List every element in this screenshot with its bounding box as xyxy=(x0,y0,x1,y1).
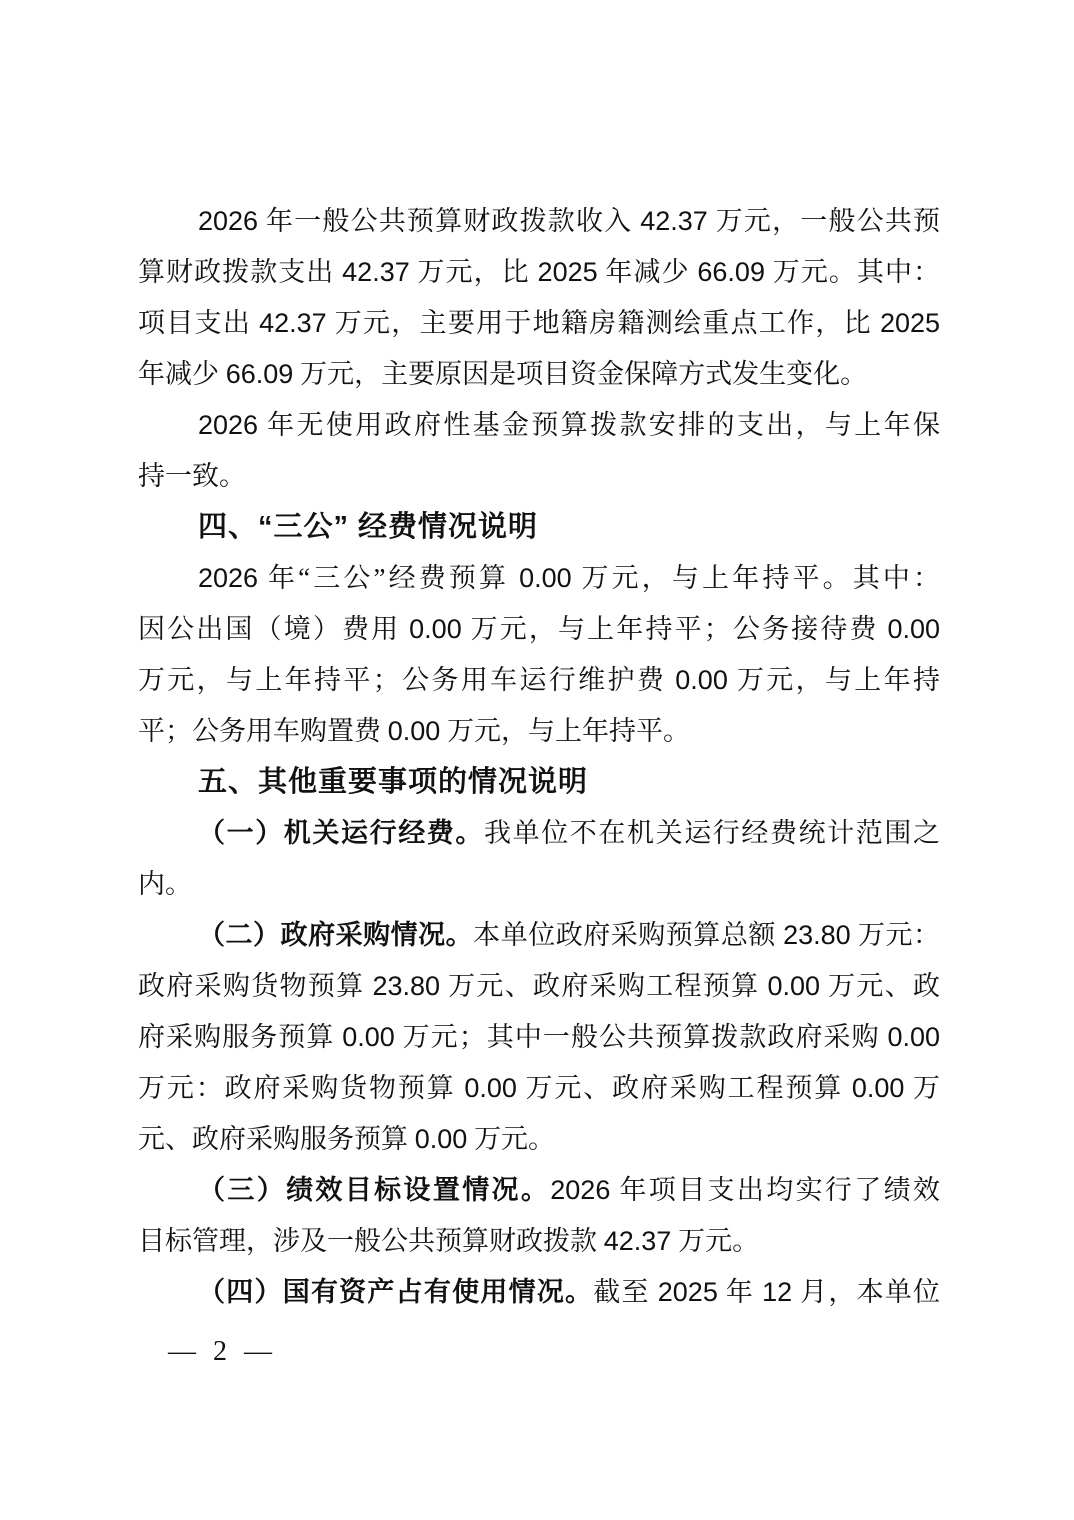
text-line: 项目支出 42.37 万元，主要用于地籍房籍测绘重点工作，比 2025 xyxy=(138,298,940,349)
numeric-text: 2025 xyxy=(658,1277,718,1307)
numeric-text: 42.37 xyxy=(604,1226,672,1256)
numeric-text: 42.37 xyxy=(342,257,410,287)
line-text: 项目支出 42.37 万元，主要用于地籍房籍测绘重点工作，比 2025 xyxy=(138,308,940,338)
paragraph-lead-label: （二）政府采购情况。 xyxy=(198,920,473,950)
text-line: 2026 年“三公”经费预算 0.00 万元，与上年持平。其中： xyxy=(138,553,940,604)
text-line: 算财政拨款支出 42.37 万元，比 2025 年减少 66.09 万元。其中： xyxy=(138,247,940,298)
text-line: （四）国有资产占有使用情况。截至 2025 年 12 月，本单位 xyxy=(138,1267,940,1318)
numeric-text: 23.80 xyxy=(783,920,851,950)
text-line: 万元：政府采购货物预算 0.00 万元、政府采购工程预算 0.00 万 xyxy=(138,1063,940,1114)
numeric-text: 0.00 xyxy=(519,563,572,593)
section-heading: 四、“三公” 经费情况说明 xyxy=(138,502,940,553)
paragraph-lead-label: （一）机关运行经费。 xyxy=(198,818,484,848)
text-line: 因公出国（境）费用 0.00 万元，与上年持平；公务接待费 0.00 xyxy=(138,604,940,655)
numeric-text: 0.00 xyxy=(415,1124,468,1154)
text-line: 持一致。 xyxy=(138,451,940,502)
text-line: 目标管理，涉及一般公共预算财政拨款 42.37 万元。 xyxy=(138,1216,940,1267)
numeric-text: 0.00 xyxy=(464,1073,517,1103)
text-line: （二）政府采购情况。本单位政府采购预算总额 23.80 万元： xyxy=(138,910,940,961)
text-line: （三）绩效目标设置情况。2026 年项目支出均实行了绩效 xyxy=(138,1165,940,1216)
text-line: 平；公务用车购置费 0.00 万元，与上年持平。 xyxy=(138,706,940,757)
numeric-text: 0.00 xyxy=(887,614,940,644)
numeric-text: 0.00 xyxy=(342,1022,395,1052)
text-line: 元、政府采购服务预算 0.00 万元。 xyxy=(138,1114,940,1165)
numeric-text: 2026 xyxy=(198,563,258,593)
line-text: 四、“三公” 经费情况说明 xyxy=(198,511,538,543)
line-text: 府采购服务预算 0.00 万元；其中一般公共预算拨款政府采购 0.00 xyxy=(138,1022,940,1052)
numeric-text: 0.00 xyxy=(887,1022,940,1052)
line-text: 算财政拨款支出 42.37 万元，比 2025 年减少 66.09 万元。其中： xyxy=(138,257,940,287)
text-line: 2026 年无使用政府性基金预算拨款安排的支出，与上年保 xyxy=(138,400,940,451)
numeric-text: 42.37 xyxy=(259,308,327,338)
numeric-text: 2026 xyxy=(198,410,258,440)
line-text: 我单位不在机关运行经费统计范围之 xyxy=(484,818,940,848)
line-text: 万元：政府采购货物预算 0.00 万元、政府采购工程预算 0.00 万 xyxy=(138,1073,940,1103)
line-text: 因公出国（境）费用 0.00 万元，与上年持平；公务接待费 0.00 xyxy=(138,614,940,644)
text-line: （一）机关运行经费。我单位不在机关运行经费统计范围之 xyxy=(138,808,940,859)
line-text: 2026 年“三公”经费预算 0.00 万元，与上年持平。其中： xyxy=(198,563,940,593)
text-line: 万元，与上年持平；公务用车运行维护费 0.00 万元，与上年持 xyxy=(138,655,940,706)
paragraph-lead-label: （三）绩效目标设置情况。 xyxy=(198,1175,550,1205)
numeric-text: 12 xyxy=(762,1277,792,1307)
numeric-text: 2026 xyxy=(550,1175,610,1205)
numeric-text: 2025 xyxy=(538,257,598,287)
text-line: 内。 xyxy=(138,859,940,910)
numeric-text: 0.00 xyxy=(675,665,728,695)
line-text: 年减少 66.09 万元，主要原因是项目资金保障方式发生变化。 xyxy=(138,359,867,389)
line-text: 平；公务用车购置费 0.00 万元，与上年持平。 xyxy=(138,716,690,746)
numeric-text: 23.80 xyxy=(372,971,440,1001)
section-heading: 五、其他重要事项的情况说明 xyxy=(138,757,940,808)
page-number: — 2 — xyxy=(168,1332,272,1372)
numeric-text: 0.00 xyxy=(388,716,441,746)
line-text: 截至 2025 年 12 月，本单位 xyxy=(593,1277,940,1307)
line-text: 内。 xyxy=(138,869,192,899)
numeric-text: 0.00 xyxy=(852,1073,905,1103)
text-line: 2026 年一般公共预算财政拨款收入 42.37 万元，一般公共预 xyxy=(138,196,940,247)
numeric-text: 0.00 xyxy=(768,971,821,1001)
document-body: 2026 年一般公共预算财政拨款收入 42.37 万元，一般公共预算财政拨款支出… xyxy=(138,196,940,1318)
line-text: 目标管理，涉及一般公共预算财政拨款 42.37 万元。 xyxy=(138,1226,759,1256)
numeric-text: 0.00 xyxy=(409,614,462,644)
line-text: 持一致。 xyxy=(138,461,246,491)
text-line: 年减少 66.09 万元，主要原因是项目资金保障方式发生变化。 xyxy=(138,349,940,400)
line-text: 五、其他重要事项的情况说明 xyxy=(198,766,588,798)
line-text: 元、政府采购服务预算 0.00 万元。 xyxy=(138,1124,555,1154)
line-text: 2026 年项目支出均实行了绩效 xyxy=(550,1175,940,1205)
line-text: 本单位政府采购预算总额 23.80 万元： xyxy=(473,920,940,950)
numeric-text: 2025 xyxy=(880,308,940,338)
document-page: 2026 年一般公共预算财政拨款收入 42.37 万元，一般公共预算财政拨款支出… xyxy=(0,0,1074,1520)
text-line: 政府采购货物预算 23.80 万元、政府采购工程预算 0.00 万元、政 xyxy=(138,961,940,1012)
numeric-text: 66.09 xyxy=(697,257,765,287)
paragraph-lead-label: （四）国有资产占有使用情况。 xyxy=(198,1277,593,1307)
line-text: 政府采购货物预算 23.80 万元、政府采购工程预算 0.00 万元、政 xyxy=(138,971,940,1001)
numeric-text: 66.09 xyxy=(226,359,294,389)
line-text: 2026 年一般公共预算财政拨款收入 42.37 万元，一般公共预 xyxy=(198,206,940,236)
text-line: 府采购服务预算 0.00 万元；其中一般公共预算拨款政府采购 0.00 xyxy=(138,1012,940,1063)
line-text: 万元，与上年持平；公务用车运行维护费 0.00 万元，与上年持 xyxy=(138,665,940,695)
numeric-text: 2026 xyxy=(198,206,258,236)
numeric-text: 42.37 xyxy=(640,206,708,236)
line-text: 2026 年无使用政府性基金预算拨款安排的支出，与上年保 xyxy=(198,410,940,440)
